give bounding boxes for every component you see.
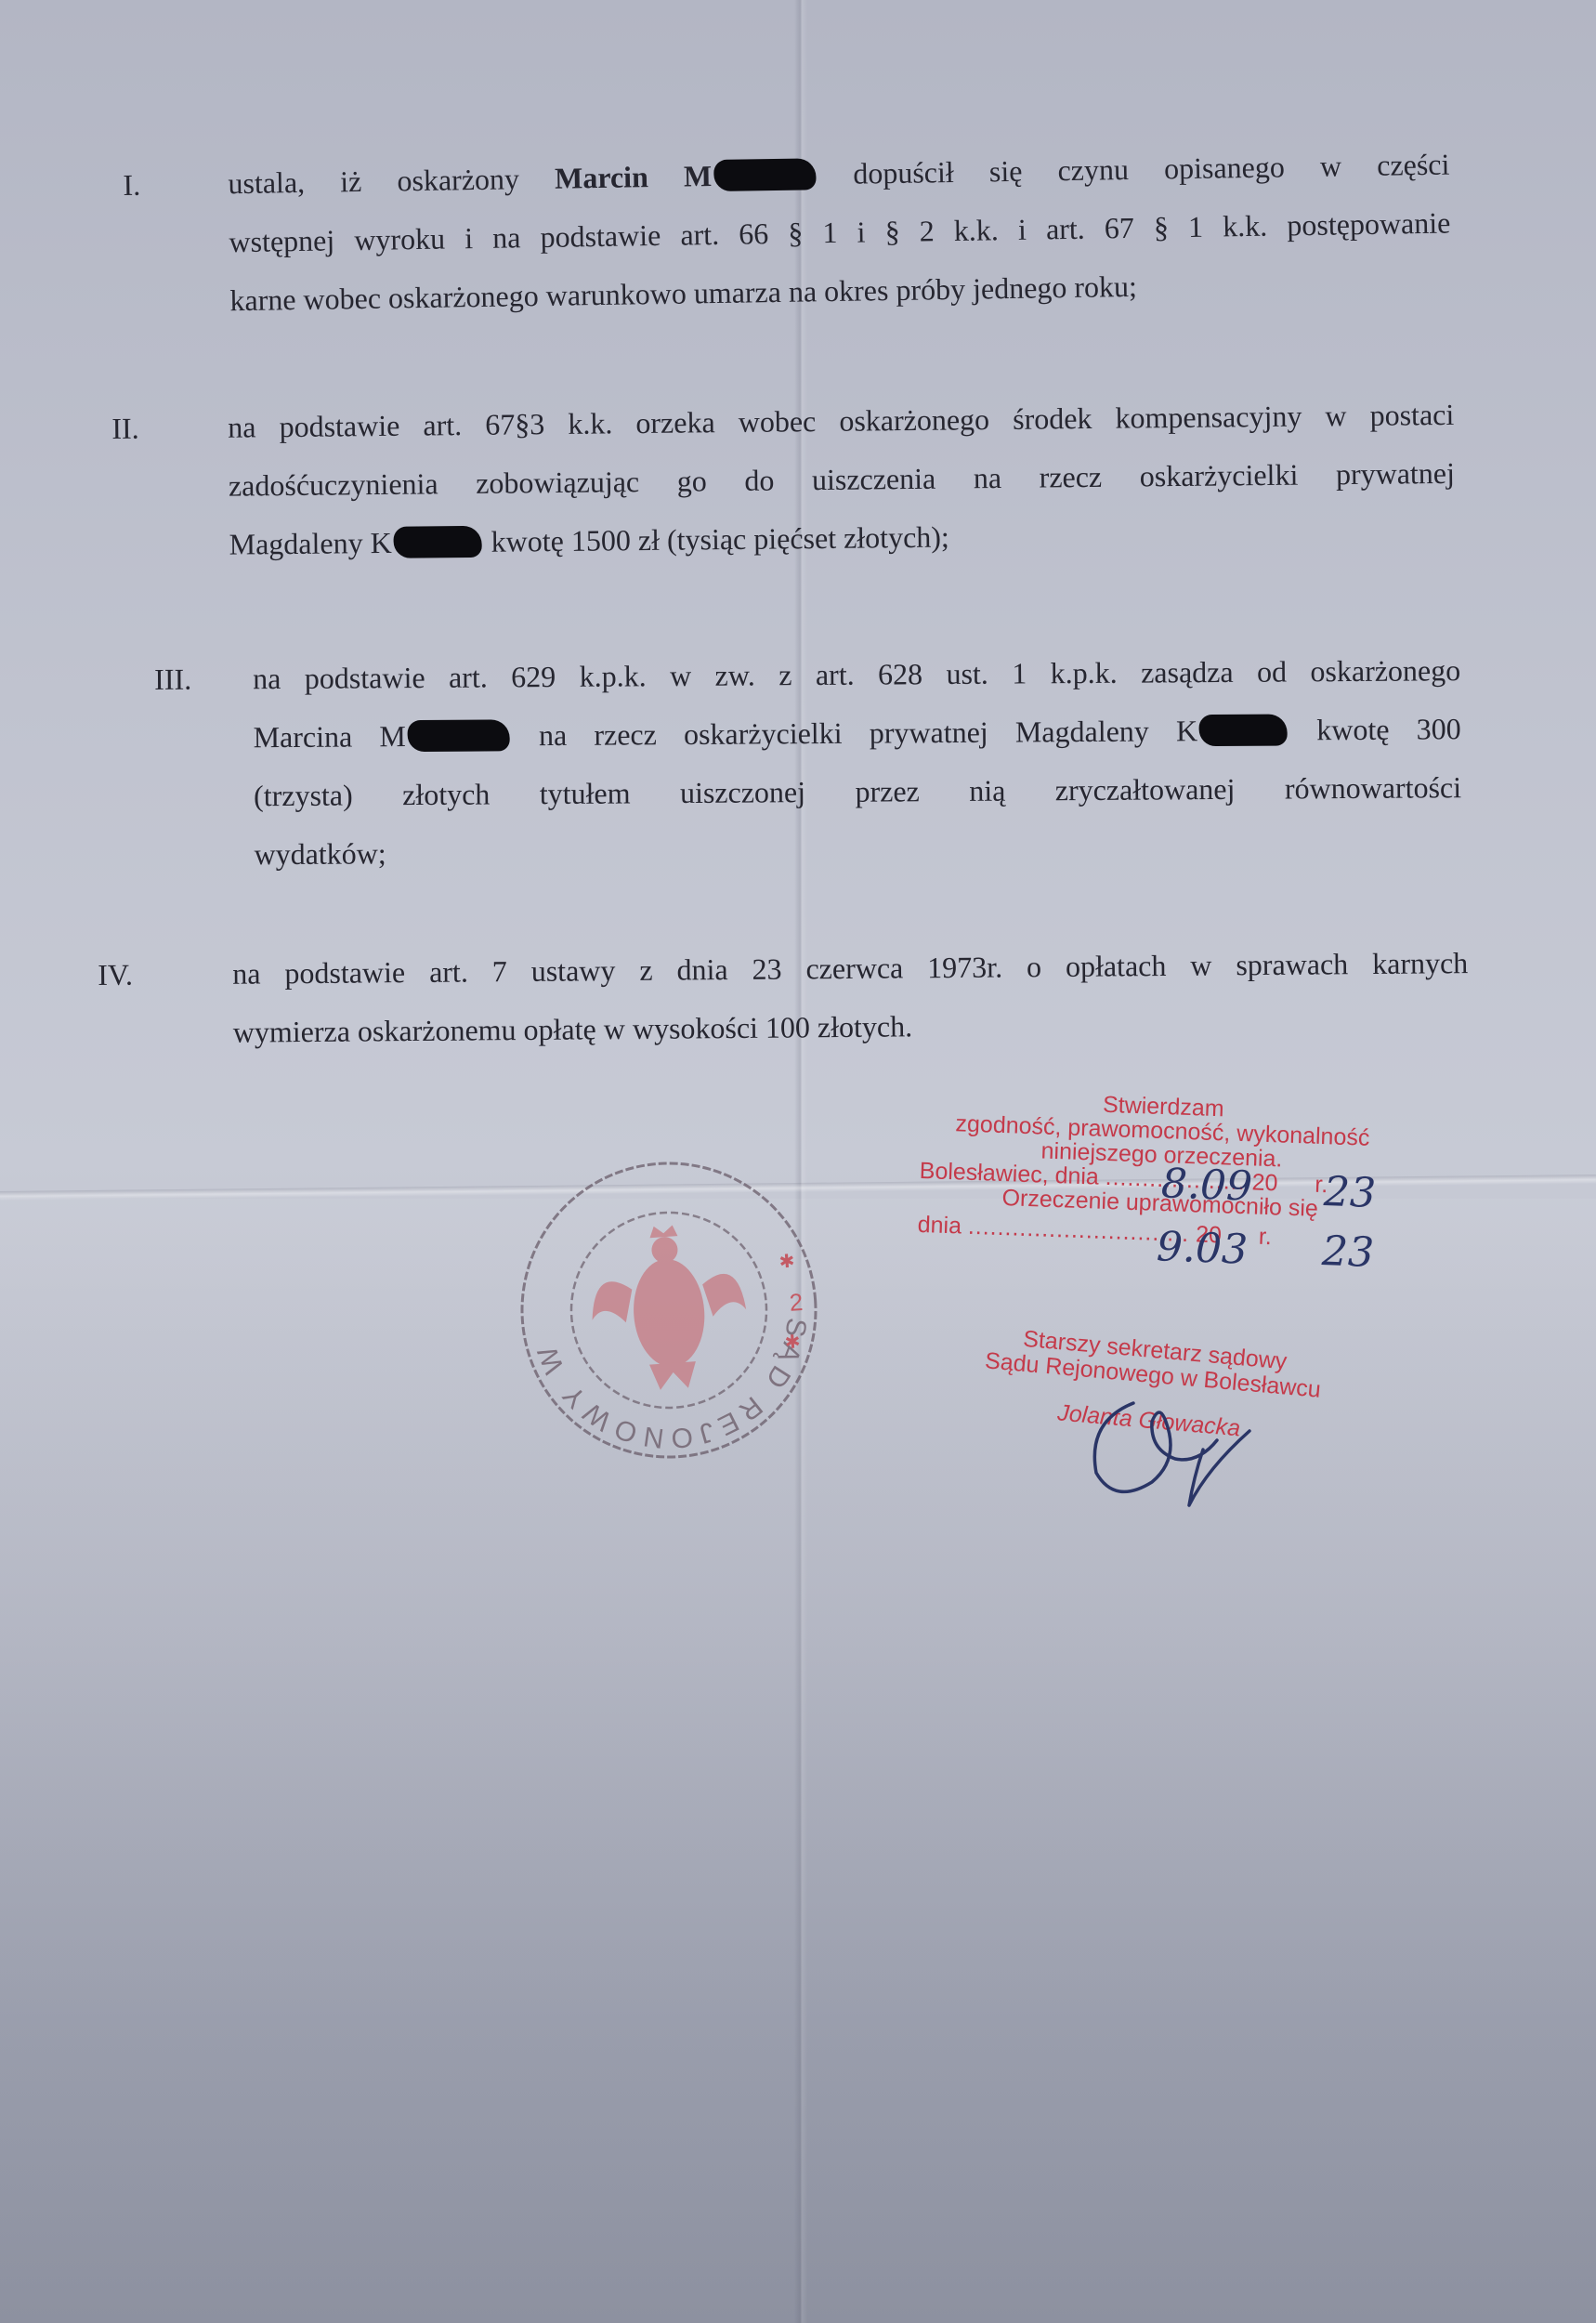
- court-seal-icon: SĄD REJONOWY W BOLESŁAWCU 2 ✱ ✱: [505, 1147, 832, 1474]
- item-text: na podstawie art. 7 ustawy z dnia 23 cze…: [232, 934, 1469, 1062]
- svg-text:✱: ✱: [784, 1332, 801, 1353]
- handwritten-issue-year: 23: [1323, 1168, 1377, 1217]
- text-line: na podstawie art. 7 ustawy z dnia 23 cze…: [232, 934, 1468, 1004]
- redaction-mark: [394, 526, 482, 558]
- item-number: II.: [111, 400, 139, 458]
- item-text: na podstawie art. 629 k.p.k. w zw. z art…: [253, 641, 1462, 884]
- svg-text:✱: ✱: [778, 1251, 795, 1272]
- text-line: na podstawie art. 629 k.p.k. w zw. z art…: [253, 641, 1460, 708]
- signature-icon: [1078, 1385, 1263, 1515]
- item-number: I.: [123, 156, 141, 215]
- handwritten-issue-date: 8.09: [1160, 1160, 1253, 1210]
- redaction-mark: [713, 158, 817, 191]
- text-line: wydatków;: [254, 817, 1461, 884]
- item-text: ustala, iż oskarżony Marcin M dopuścił s…: [228, 136, 1452, 331]
- redaction-mark: [1199, 714, 1288, 746]
- svg-text:2: 2: [789, 1288, 805, 1317]
- text-line: Magdaleny K kwotę 1500 zł (tysiąc pięćse…: [229, 503, 1456, 574]
- redaction-mark: [408, 719, 510, 752]
- text-line: (trzysta) złotych tytułem uiszczonej prz…: [254, 758, 1461, 825]
- item-number: IV.: [98, 946, 133, 1004]
- item-number: III.: [154, 650, 191, 709]
- handwritten-final-year: 23: [1321, 1227, 1375, 1277]
- item-text: na podstawie art. 67§3 k.k. orzeka wobec…: [228, 386, 1456, 574]
- text-line: wymierza oskarżonemu opłatę w wysokości …: [233, 992, 1469, 1062]
- eagle-emblem-icon: [586, 1220, 752, 1394]
- text-line: Marcina M na rzecz oskarżycielki prywatn…: [253, 700, 1460, 767]
- handwritten-final-date: 9.03: [1156, 1223, 1249, 1273]
- document-page: I. ustala, iż oskarżony Marcin M dopuści…: [0, 0, 1596, 2323]
